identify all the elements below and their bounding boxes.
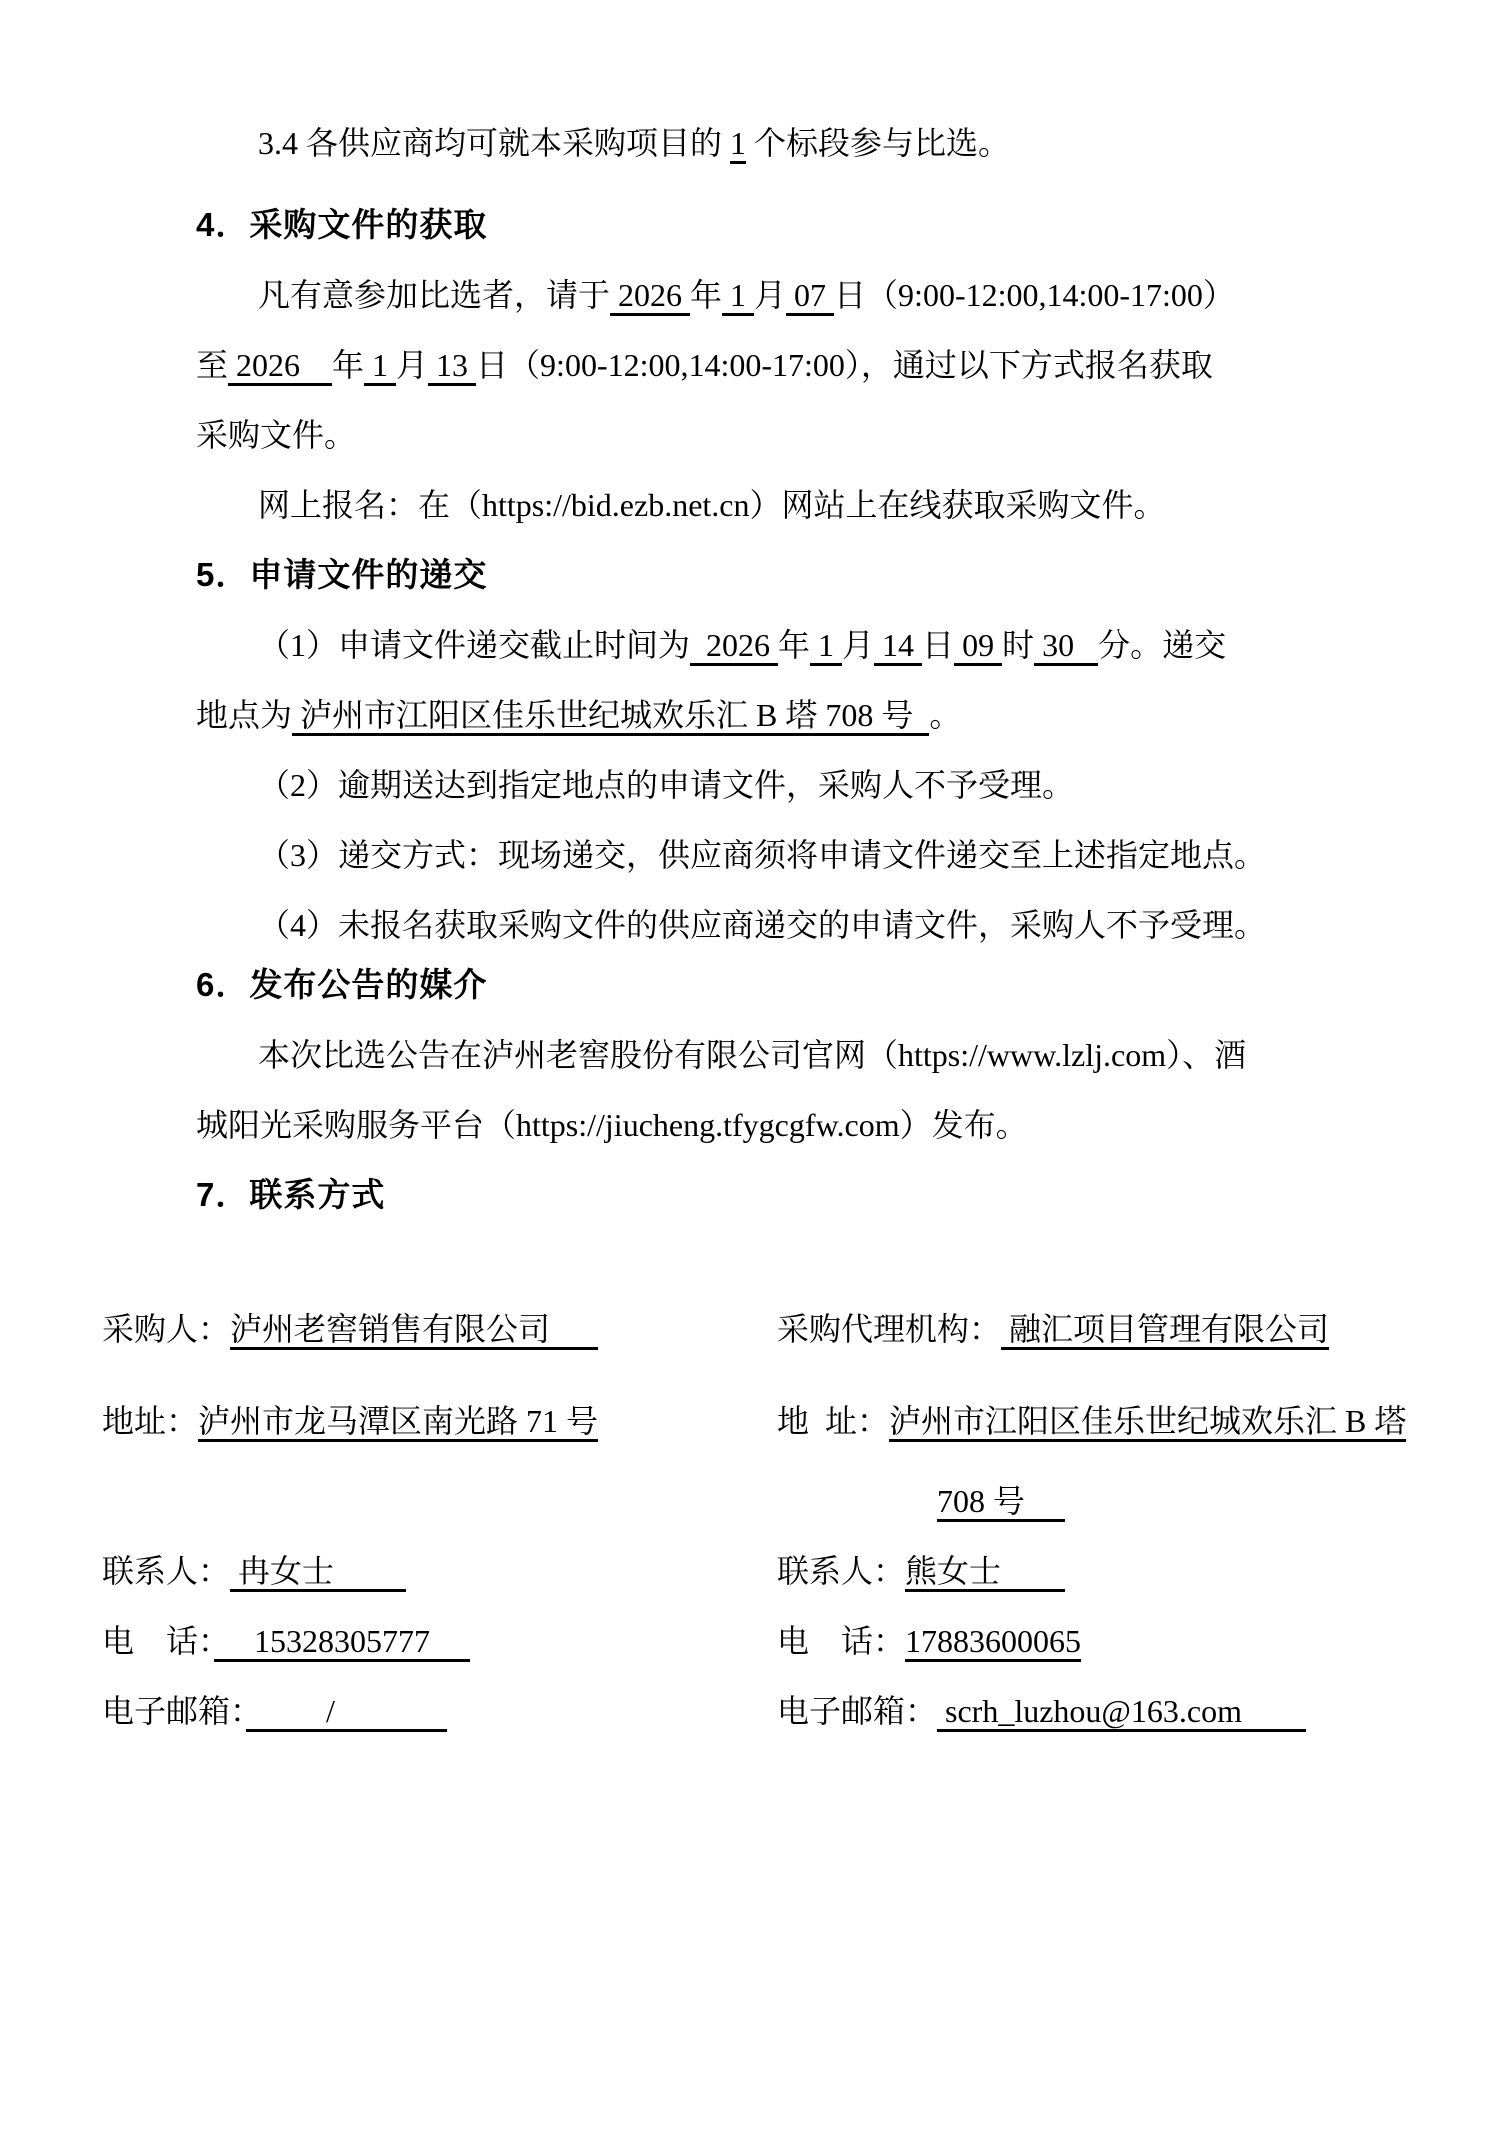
section-4-line-4: 网上报名：在（https://bid.ezb.net.cn）网站上在线获取采购文…	[196, 470, 1436, 540]
year-blank: 2026	[610, 277, 690, 316]
purchaser-address-row: 地址：泸州市龙马潭区南光路 71 号	[102, 1397, 598, 1445]
purchaser-address-label: 地址：	[102, 1403, 198, 1439]
purchaser-email-label: 电子邮箱：	[102, 1693, 246, 1729]
text: 至	[196, 347, 228, 383]
text: 日（9:00-12:00,14:00-17:00）	[834, 277, 1235, 313]
year-blank: 2026	[228, 347, 332, 386]
section-4-heading: 4．采购文件的获取	[196, 190, 1436, 260]
lot-count-blank: 1	[730, 125, 746, 164]
agency-phone: 17883600065	[905, 1623, 1081, 1662]
text: 。	[929, 697, 961, 733]
purchaser-phone-label: 电 话：	[102, 1623, 214, 1659]
clause-3-4-text: 3.4 各供应商均可就本采购项目的	[258, 125, 730, 161]
text: 年	[690, 277, 722, 313]
clause-3-4: 3.4 各供应商均可就本采购项目的 1 个标段参与比选。	[196, 108, 1436, 178]
purchaser-phone-row: 电 话： 15328305777	[102, 1617, 470, 1665]
section-5-line-3: （2）逾期送达到指定地点的申请文件，采购人不予受理。	[196, 750, 1436, 820]
text: 年	[778, 627, 810, 663]
text: 地点为	[196, 697, 292, 733]
text: 月	[396, 347, 428, 383]
agency-contact-label: 联系人：	[777, 1553, 905, 1589]
purchaser-contact-label: 联系人：	[102, 1553, 230, 1589]
section-4-line-1: 凡有意参加比选者，请于 2026 年 1 月 07 日（9:00-12:00,1…	[196, 260, 1436, 330]
agency-contact-row: 联系人：熊女士	[777, 1547, 1065, 1595]
agency-address-line2: 708 号	[937, 1483, 1065, 1522]
agency-row: 采购代理机构： 融汇项目管理有限公司	[777, 1305, 1329, 1353]
agency-email: scrh_luzhou@163.com	[937, 1693, 1306, 1732]
purchaser-name: 泸州老窖销售有限公司	[230, 1311, 598, 1350]
purchaser-phone: 15328305777	[214, 1623, 470, 1662]
agency-label: 采购代理机构：	[777, 1311, 1001, 1347]
section-6-line-2: 城阳光采购服务平台（https://jiucheng.tfygcgfw.com）…	[196, 1090, 1436, 1160]
agency-address-line1: 泸州市江阳区佳乐世纪城欢乐汇 B 塔	[889, 1403, 1406, 1442]
hour-blank: 09	[954, 627, 1002, 666]
purchaser-contact-row: 联系人： 冉女士	[102, 1547, 406, 1595]
document-page: 3.4 各供应商均可就本采购项目的 1 个标段参与比选。 4．采购文件的获取 凡…	[0, 0, 1500, 2134]
text: 时	[1002, 627, 1034, 663]
text: 日	[922, 627, 954, 663]
day-blank: 14	[874, 627, 922, 666]
section-7-heading: 7．联系方式	[196, 1160, 1436, 1230]
agency-phone-row: 电 话：17883600065	[777, 1617, 1081, 1665]
section-5-heading: 5．申请文件的递交	[196, 540, 1436, 610]
section-5-line-2: 地点为 泸州市江阳区佳乐世纪城欢乐汇 B 塔 708 号 。	[196, 680, 1436, 750]
agency-address-row: 地 址：泸州市江阳区佳乐世纪城欢乐汇 B 塔	[777, 1397, 1406, 1445]
agency-phone-label: 电 话：	[777, 1623, 905, 1659]
text: 凡有意参加比选者，请于	[258, 277, 610, 313]
month-blank: 1	[810, 627, 842, 666]
agency-address-label: 地 址：	[777, 1403, 889, 1439]
purchaser-row: 采购人：泸州老窖销售有限公司	[102, 1305, 598, 1353]
agency-contact-name: 熊女士	[905, 1553, 1065, 1592]
text: 年	[332, 347, 364, 383]
section-6-heading: 6．发布公告的媒介	[196, 950, 1436, 1020]
purchaser-label: 采购人：	[102, 1311, 230, 1347]
clause-3-4-tail: 个标段参与比选。	[746, 125, 1010, 161]
day-blank: 13	[428, 347, 476, 386]
text: 分。递交	[1098, 627, 1226, 663]
agency-email-row: 电子邮箱： scrh_luzhou@163.com	[777, 1687, 1306, 1735]
text: 月	[754, 277, 786, 313]
section-5-line-4: （3）递交方式：现场递交，供应商须将申请文件递交至上述指定地点。	[196, 820, 1436, 890]
section-4-line-3: 采购文件。	[196, 400, 1436, 470]
day-blank: 07	[786, 277, 834, 316]
text: 日（9:00-12:00,14:00-17:00），通过以下方式报名获取	[476, 347, 1213, 383]
purchaser-address: 泸州市龙马潭区南光路 71 号	[198, 1403, 598, 1442]
purchaser-email: /	[246, 1693, 447, 1732]
purchaser-email-row: 电子邮箱： /	[102, 1687, 447, 1735]
month-blank: 1	[364, 347, 396, 386]
section-5-line-1: （1）申请文件递交截止时间为 2026 年 1 月 14 日 09 时 30 分…	[196, 610, 1436, 680]
section-6-line-1: 本次比选公告在泸州老窖股份有限公司官网（https://www.lzlj.com…	[196, 1020, 1436, 1090]
submission-address-blank: 泸州市江阳区佳乐世纪城欢乐汇 B 塔 708 号	[292, 697, 929, 736]
text: 月	[842, 627, 874, 663]
section-4-line-2: 至 2026 年 1 月 13 日（9:00-12:00,14:00-17:00…	[196, 330, 1436, 400]
agency-name: 融汇项目管理有限公司	[1001, 1311, 1329, 1350]
agency-email-label: 电子邮箱：	[777, 1693, 937, 1729]
notice-body: 3.4 各供应商均可就本采购项目的 1 个标段参与比选。 4．采购文件的获取 凡…	[196, 108, 1436, 1230]
month-blank: 1	[722, 277, 754, 316]
minute-blank: 30	[1034, 627, 1098, 666]
agency-address-row-2: 708 号	[937, 1477, 1065, 1525]
text: （1）申请文件递交截止时间为	[258, 627, 690, 663]
year-blank: 2026	[690, 627, 778, 666]
purchaser-contact-name: 冉女士	[230, 1553, 406, 1592]
